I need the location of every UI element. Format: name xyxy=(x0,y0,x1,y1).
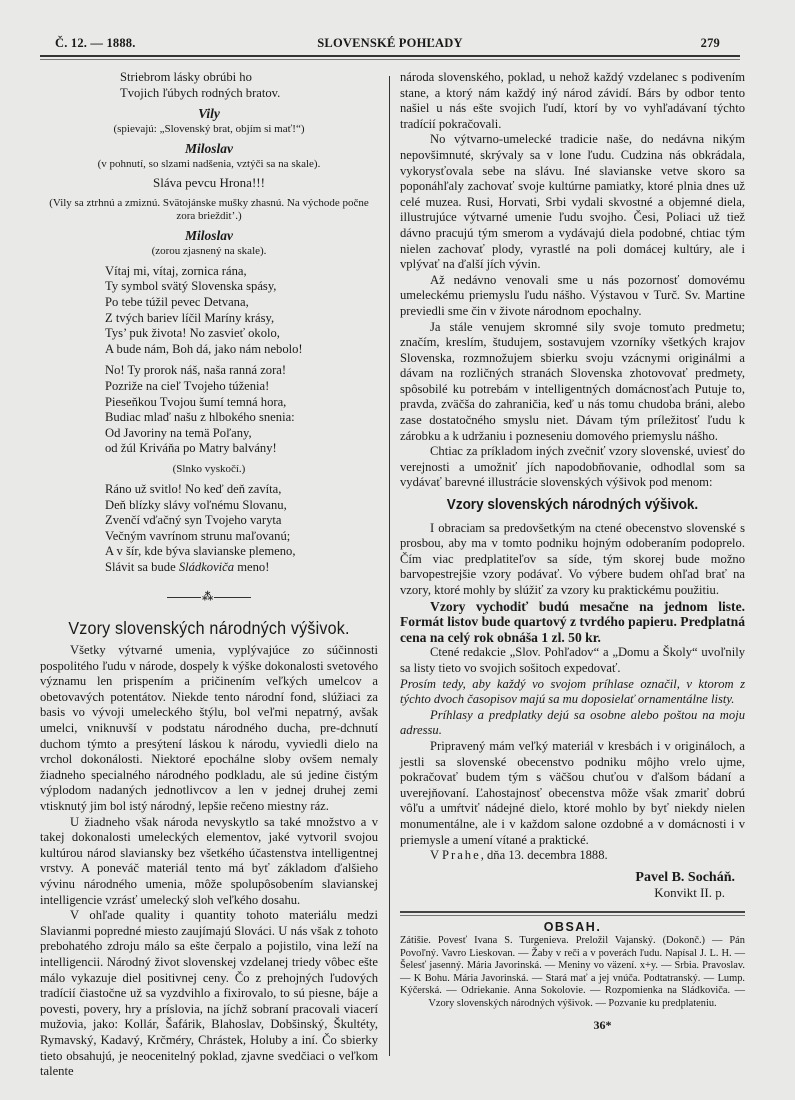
article-paragraph: No výtvarno-umelecké tradicie naše, do n… xyxy=(400,132,745,272)
poem-line: Vítaj mi, vítaj, zornica rána, xyxy=(105,264,378,280)
poem-line: A v šír, kde býva slavianske plemeno, xyxy=(105,544,378,560)
poem-line: od žúl Kriváňa po Matry balvány! xyxy=(105,441,378,457)
article-paragraph: Chtiac za príkladom iných zvečniť vzory … xyxy=(400,444,745,491)
contents-title: OBSAH. xyxy=(400,920,745,936)
ornament-glyph: ⁂ xyxy=(201,591,214,603)
article-paragraph: I obraciam sa predovšetkým na ctené obec… xyxy=(400,521,745,599)
printer-signature-mark: 36* xyxy=(400,1018,745,1034)
stage-direction: (Slnko vyskočí.) xyxy=(40,462,378,476)
poem-line: Z tvých bariev líčil Maríny krásy, xyxy=(105,311,378,327)
poem-stanza: Ráno už svitlo! No keď deň zavíta, Deň b… xyxy=(105,482,378,576)
poem-line: Ty symbol svätý Slovenska spásy, xyxy=(105,279,378,295)
stage-direction: (zorou zjasnený na skale). xyxy=(40,244,378,258)
article-paragraph: Všetky výtvarné umenia, vyplývajúce zo s… xyxy=(40,643,378,815)
place-city: Prahe xyxy=(442,848,481,862)
poem-line: Večným vavrínom strunu maľovanú; xyxy=(105,529,378,545)
article-paragraph: Ctené redakcie „Slov. Pohľadov“ a „Domu … xyxy=(400,645,745,676)
stage-direction: (Vily sa ztrhnú a zmiznú. Svätojánske mu… xyxy=(40,197,378,223)
poem-line: Po tebe túžil pevec Detvana, xyxy=(105,295,378,311)
article-paragraph: V ohľade quality i quantity tohoto mater… xyxy=(40,908,378,1080)
journal-title: SLOVENSKÉ POHĽADY xyxy=(40,36,740,51)
poem-line: Ráno už svitlo! No keď deň zavíta, xyxy=(105,482,378,498)
contents-rule xyxy=(400,911,745,913)
poem-line: Zvenčí vďačný syn Tvojeho varyta xyxy=(105,513,378,529)
poem-line: Pieseňkou Tvojou šumí temná hora, xyxy=(105,395,378,411)
poem-stanza: No! Ty prorok náš, naša ranná zora! Pozr… xyxy=(105,363,378,457)
article-paragraph: Pripravený mám veľký materiál v kresbách… xyxy=(400,739,745,848)
poem-line: Tys’ puk života! No zasvieť okolo, xyxy=(105,326,378,342)
speaker-name: Miloslav xyxy=(40,227,378,244)
subscription-request: Prosím tedy, aby každý vo svojom príhlas… xyxy=(400,677,745,708)
author-address: Konvikt II. p. xyxy=(400,885,745,901)
article-paragraph: Až nedávno venovali sme u nás pozornosť … xyxy=(400,273,745,320)
subscription-terms: Vzory vychodiť budú mesačne na jednom li… xyxy=(400,599,745,646)
contents-rule-thin xyxy=(400,915,745,916)
article-paragraph: národa slovenského, poklad, u nehož každ… xyxy=(400,70,745,132)
article-paragraph: U žiadneho však národa nevyskytlo sa tak… xyxy=(40,815,378,909)
announcement-title: Vzory slovenských národných výšivok. xyxy=(417,497,728,513)
poem-stanza: Vítaj mi, vítaj, zornica rána, Ty symbol… xyxy=(105,264,378,358)
stage-direction: (v pohnutí, so slzami nadšenia, vztýči s… xyxy=(40,157,378,171)
left-column: Striebrom lásky obrúbi ho Tvojich ľúbych… xyxy=(40,70,378,1080)
author-signature: Pavel B. Socháň. xyxy=(400,870,745,886)
place-and-date: V Prahe, dňa 13. decembra 1888. xyxy=(400,848,745,864)
poem-exclamation: Sláva pevcu Hrona!!! xyxy=(40,175,378,191)
poem-line: Od Javoriny na temä Poľany, xyxy=(105,426,378,442)
stage-direction: (spievajú: „Slovenský brat, objím si mať… xyxy=(40,122,378,136)
poem-line: Deň blízky slávy voľnému Slovanu, xyxy=(105,498,378,514)
poem-line: Striebrom lásky obrúbi ho xyxy=(120,70,378,86)
right-column: národa slovenského, poklad, u nehož každ… xyxy=(400,70,745,1034)
poem-line: Slávit sa bude Sládkoviča meno! xyxy=(105,560,378,576)
speaker-name: Miloslav xyxy=(40,140,378,157)
poem-intro: Striebrom lásky obrúbi ho Tvojich ľúbych… xyxy=(120,70,378,101)
running-header: Č. 12. — 1888. SLOVENSKÉ POHĽADY 279 xyxy=(40,36,740,52)
poem-line: No! Ty prorok náš, naša ranná zora! xyxy=(105,363,378,379)
poem-line: A bude nám, Boh dá, jako nám nebolo! xyxy=(105,342,378,358)
speaker-name: Vily xyxy=(40,105,378,122)
emphasized-name: Sládkoviča xyxy=(179,560,234,574)
subscription-address-note: Príhlasy a predplatky dejú sa osobne ale… xyxy=(400,708,745,739)
article-title: Vzory slovenských národných výšivok. xyxy=(54,621,365,637)
page-number: 279 xyxy=(701,36,720,51)
header-rule-thin xyxy=(40,59,740,60)
poem-line: Tvojich ľúbych rodných bratov. xyxy=(120,86,378,102)
section-ornament: ⁂ xyxy=(167,593,251,603)
column-divider xyxy=(389,76,390,1056)
poem-line: Pozriže na cieľ Tvojeho túženia! xyxy=(105,379,378,395)
article-paragraph: Ja stále venujem skromné sily svoje tomu… xyxy=(400,320,745,445)
header-rule xyxy=(40,55,740,57)
contents-list: Zátišie. Povesť Ivana S. Turgenieva. Pre… xyxy=(400,935,745,1009)
poem-line: Budiac mlaď našu z hlbokého snenia: xyxy=(105,410,378,426)
